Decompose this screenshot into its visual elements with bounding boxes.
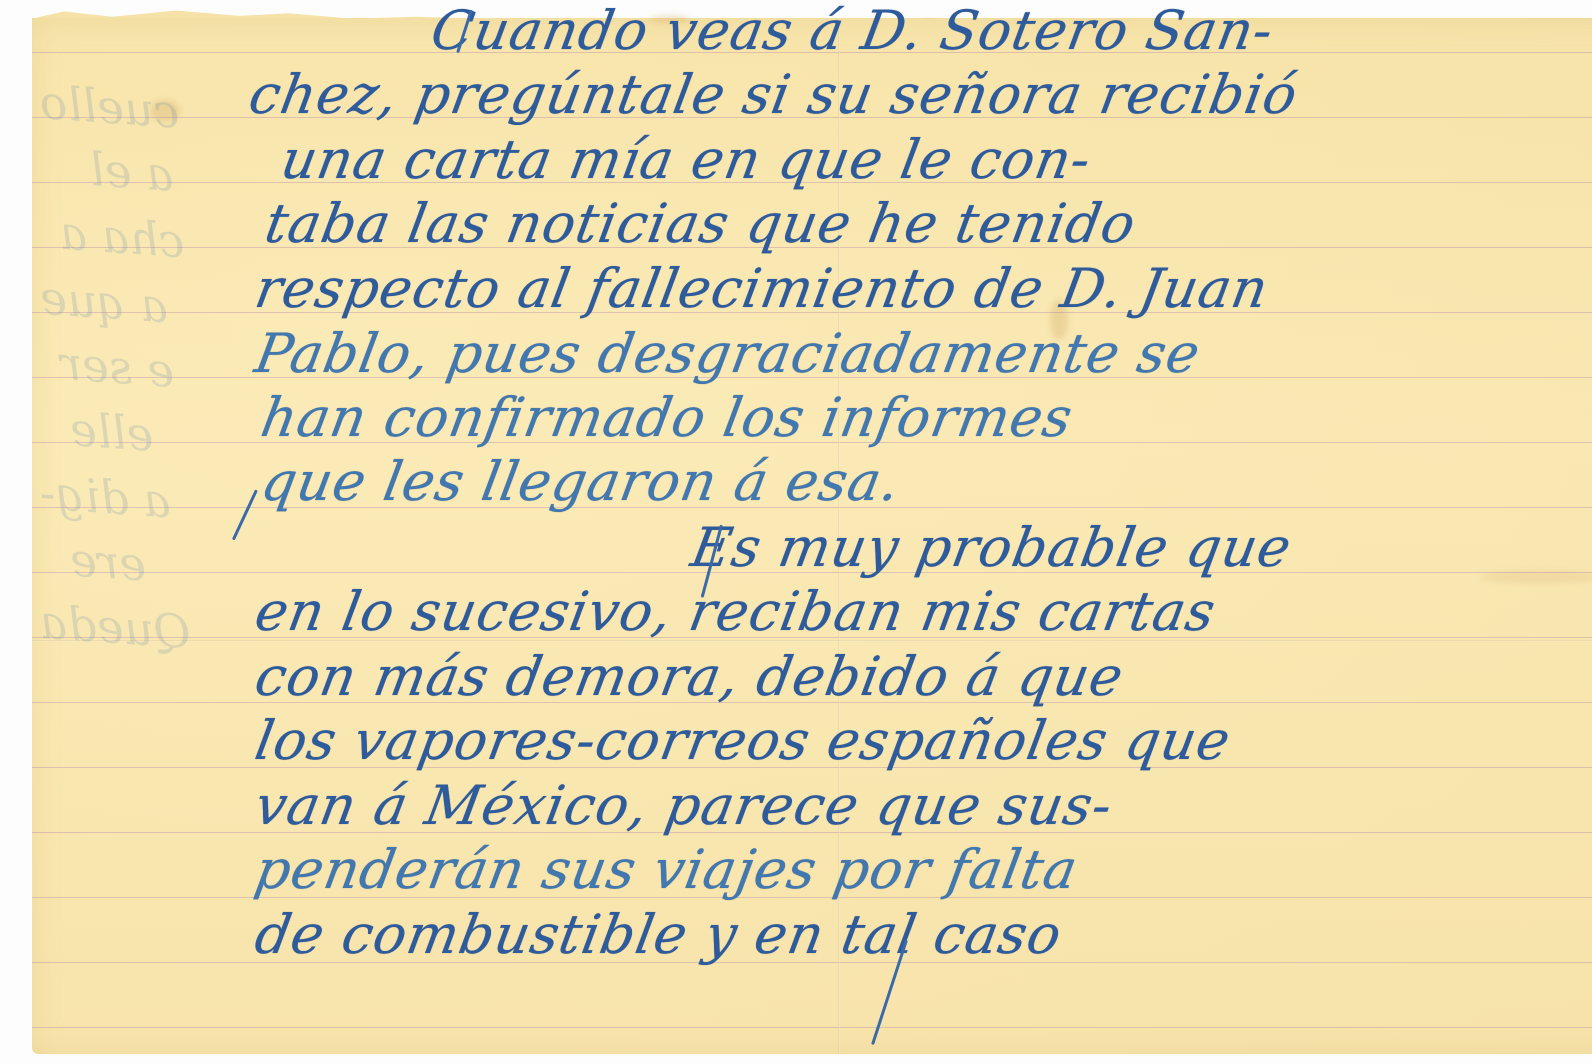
letter-line-13: van á México, parece que sus- xyxy=(251,779,1116,833)
letter-line-5: respecto al fallecimiento de D. Juan xyxy=(251,262,1272,316)
ruled-line xyxy=(32,1027,1592,1028)
letter-line-6: Pablo, pues desgraciadamente se xyxy=(251,327,1204,381)
letter-line-7: han confirmado los informes xyxy=(257,391,1077,445)
letter-line-14: penderán sus viajes por falta xyxy=(251,843,1082,897)
letter-line-15: de combustible y en tal caso xyxy=(251,908,1066,962)
letter-line-8: que les llegaron á esa. xyxy=(257,455,904,509)
letter-line-9: Es muy probable que xyxy=(687,521,1295,575)
letter-line-2: chez, pregúntale si su señora recibió xyxy=(245,68,1302,122)
letter-line-10: en lo sucesivo, reciban mis cartas xyxy=(251,585,1220,639)
letter-line-3: una carta mía en que le con- xyxy=(277,133,1095,187)
letter-line-4: taba las noticias que he tenido xyxy=(261,197,1140,251)
letter-line-1: Cuando veas á D. Sotero San- xyxy=(427,4,1277,58)
paper-stain xyxy=(150,100,180,122)
letter-line-11: con más demora, debido á que xyxy=(251,650,1127,704)
letter-line-12: los vapores-correos españoles que xyxy=(251,714,1235,768)
